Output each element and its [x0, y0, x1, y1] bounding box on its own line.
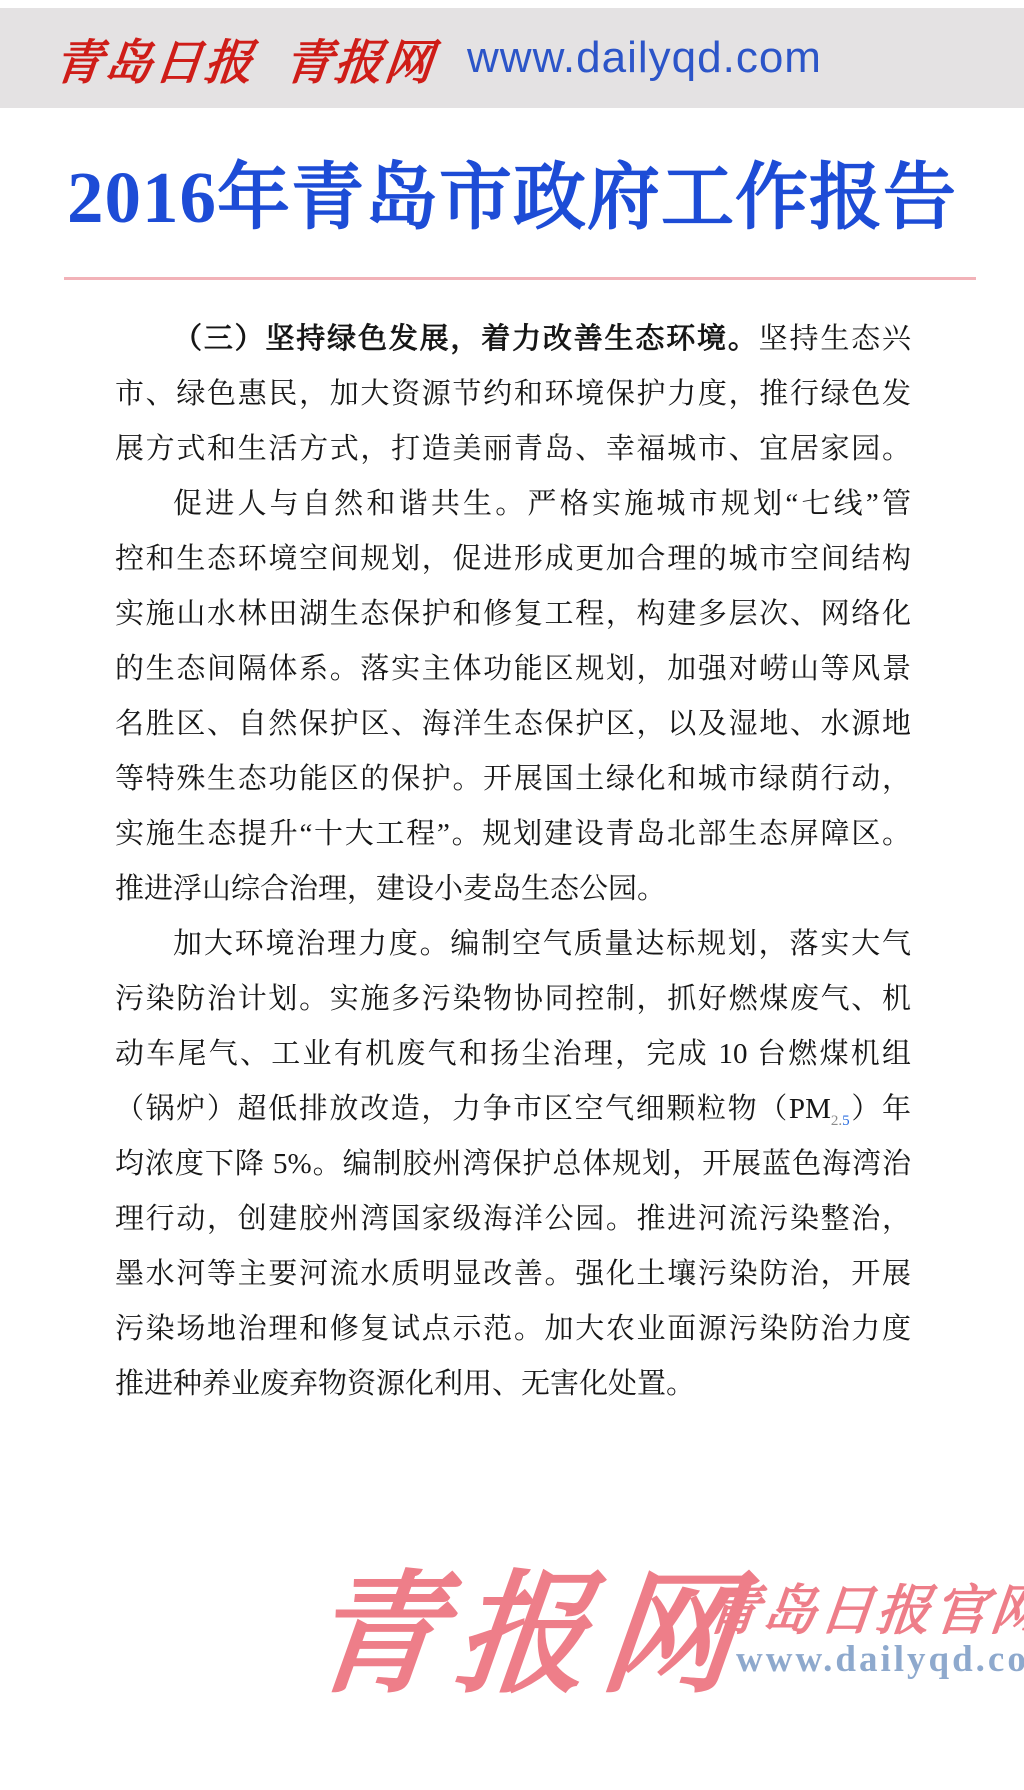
body-line: 促进人与自然和谐共生。严格实施城市规划“七线”管: [115, 477, 911, 532]
body-line: 展方式和生活方式，打造美丽青岛、幸福城市、宜居家园。: [115, 422, 911, 477]
watermark-site-name: 青岛日报官网: [702, 1568, 1024, 1645]
body-line: 均浓度下降 5%。编制胶州湾保护总体规划，开展蓝色海湾治: [115, 1137, 911, 1192]
article-title: 2016年青岛市政府工作报告: [0, 138, 1024, 243]
site-url-text: www.dailyqd.com: [467, 33, 822, 83]
body-line: 动车尾气、工业有机废气和扬尘治理，完成 10 台燃煤机组: [115, 1027, 911, 1082]
body-line: 污染防治计划。实施多污染物协同控制，抓好燃煤废气、机: [115, 972, 911, 1027]
qingbao-net-logo: 青报网: [281, 24, 438, 93]
body-line: 的生态间隔体系。落实主体功能区规划，加强对崂山等风景: [115, 642, 911, 697]
article-page: 青岛日报 青报网 www.dailyqd.com 2016年青岛市政府工作报告 …: [0, 0, 1024, 1790]
watermark-url-text: www.dailyqd.com: [736, 1638, 1024, 1681]
site-header: 青岛日报 青报网 www.dailyqd.com: [0, 8, 1024, 108]
body-line: 推进浮山综合治理，建设小麦岛生态公园。: [115, 862, 911, 917]
body-line: 理行动，创建胶州湾国家级海洋公园。推进河流污染整治，: [115, 1192, 911, 1247]
body-line: 等特殊生态功能区的保护。开展国土绿化和城市绿荫行动，: [115, 752, 911, 807]
body-line: 墨水河等主要河流水质明显改善。强化土壤污染防治，开展: [115, 1247, 911, 1302]
body-line: （三）坚持绿色发展，着力改善生态环境。坚持生态兴: [115, 312, 911, 367]
body-line: 加大环境治理力度。编制空气质量达标规划，落实大气: [115, 917, 911, 972]
watermark-qingbao-logo: 青报网: [302, 1528, 760, 1718]
body-line: 控和生态环境空间规划，促进形成更加合理的城市空间结构: [115, 532, 911, 587]
qingdao-daily-logo: 青岛日报: [51, 24, 258, 93]
body-line: 实施山水林田湖生态保护和修复工程，构建多层次、网络化: [115, 587, 911, 642]
body-line: 名胜区、自然保护区、海洋生态保护区，以及湿地、水源地: [115, 697, 911, 752]
article-body: （三）坚持绿色发展，着力改善生态环境。坚持生态兴市、绿色惠民，加大资源节约和环境…: [115, 312, 911, 1412]
body-line: 实施生态提升“十大工程”。规划建设青岛北部生态屏障区。: [115, 807, 911, 862]
body-line: 污染场地治理和修复试点示范。加大农业面源污染防治力度: [115, 1302, 911, 1357]
title-divider: [64, 277, 976, 280]
body-line: （锅炉）超低排放改造，力争市区空气细颗粒物（PM2.5）年: [115, 1082, 911, 1137]
body-line: 市、绿色惠民，加大资源节约和环境保护力度，推行绿色发: [115, 367, 911, 422]
body-line: 推进种养业废弃物资源化利用、无害化处置。: [115, 1357, 911, 1412]
